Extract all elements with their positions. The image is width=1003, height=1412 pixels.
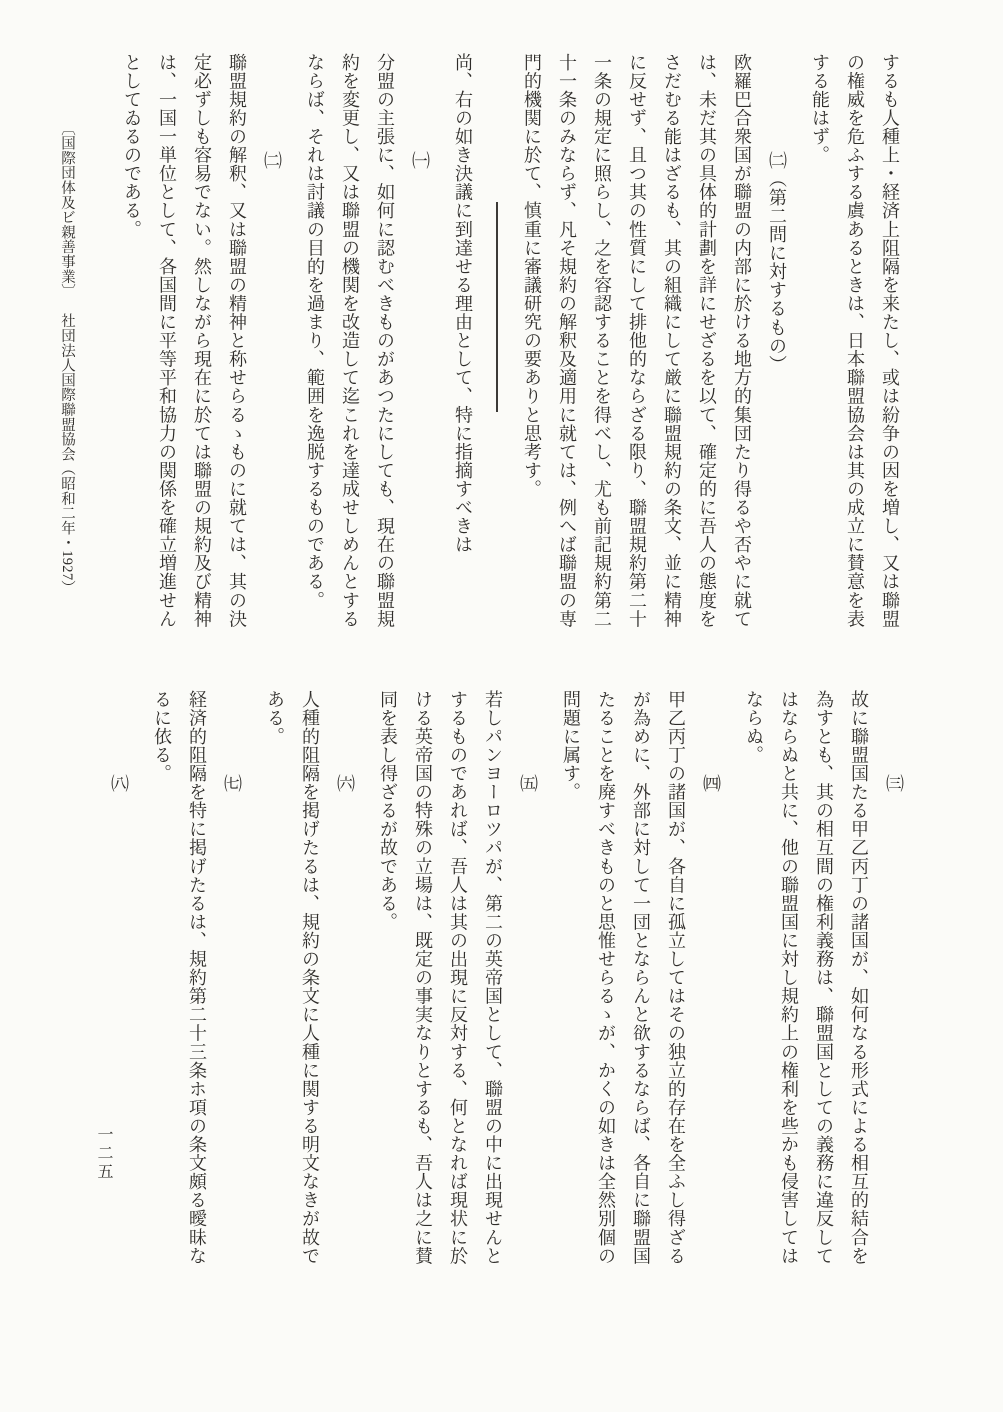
section-marker-5: ㈤ [510,690,545,1286]
text-column: 経済的阻隔を特に掲げたるは、規約第二十三条ホ項の条文頗る曖昧な [179,690,214,1286]
text-column: 為すとも、其の相互間の権利義務は、聯盟国としての義務に違反して [806,690,841,1286]
text-column: ならぬ。 [736,690,771,1286]
text-column: 十一条のみならず、凡そ規約の解釈及適用に就ては、例へば聯盟の専 [549,53,584,649]
text-block-top: するも人種上・経済上阻隔を来たし、或は紛争の因を増し、又は聯盟 の権威を危ふする… [49,53,907,649]
text-column: するも人種上・経済上阻隔を来たし、或は紛争の因を増し、又は聯盟 [872,53,907,649]
text-column: はならぬと共に、他の聯盟国に対し規約上の権利を些かも侵害しては [771,690,806,1286]
text-column: 甲乙丙丁の諸国が、各自に孤立してはその独立的存在を全ふし得ざる [658,690,693,1286]
text-column: ける英帝国の特殊の立場は、既定の事実なりとするも、吾人は之に賛 [405,690,440,1286]
text-block-bottom: ㈢ 故に聯盟国たる甲乙丙丁の諸国が、如何なる形式による相互的結合を 為すとも、其… [101,690,919,1286]
text-column: ならば、それは討議の目的を過まり、範囲を逸脱するものである。 [297,53,332,649]
section-marker-1: ㈠ [402,53,437,649]
source-attribution: ︹国際団体及ビ親善事業︺ 社団法人国際聯盟協会︵昭和二年・1927︶ [49,53,84,649]
section-marker-6: ㈥ [327,690,362,1286]
separator-line [496,202,498,412]
section-marker-3: ㈢ [876,690,911,1286]
text-column: たることを廃すべきものと思惟せらるゝが、かくの如きは全然別個の [588,690,623,1286]
text-column: が為めに、外部に対して一団とならんと欲するならば、各自に聯盟国 [623,690,658,1286]
text-column: の権威を危ふする虞あるときは、日本聯盟協会は其の成立に賛意を表 [837,53,872,649]
section-heading-question2: ㈡︵第二問に対するもの︶ [759,53,794,649]
text-column: 定必ずしも容易でない。然しながら現在に於ては聯盟の規約及び精神 [184,53,219,649]
text-column: する能はず。 [802,53,837,649]
text-column: 分盟の主張に、如何に認むべきものがあつたにしても、現在の聯盟規 [367,53,402,649]
text-column: に反せず、且つ其の性質にして排他的ならざる限り、聯盟規約第二十 [619,53,654,649]
section-marker-2: ㈡ [254,53,289,649]
text-column: 欧羅巴合衆国が聯盟の内部に於ける地方的集団たり得るや否やに就て [724,53,759,649]
text-column: 約を変更し、又は聯盟の機関を改造して迄これを達成せしめんとする [332,53,367,649]
text-column: 同を表し得ざるが故である。 [370,690,405,1286]
text-column: 問題に属す。 [553,690,588,1286]
text-column: さだむる能はざるも、其の組織にして厳に聯盟規約の条文、並に精神 [654,53,689,649]
section-marker-8: ㈧ [101,690,136,1286]
text-column: 故に聯盟国たる甲乙丙丁の諸国が、如何なる形式による相互的結合を [841,690,876,1286]
text-column: 尚、右の如き決議に到達せる理由として、特に指摘すべきは [445,53,480,649]
section-marker-4: ㈣ [693,690,728,1286]
text-column: は、一国一単位として、各国間に平等平和協力の関係を確立増進せん [149,53,184,649]
page-number: 一二五 [92,1126,115,1182]
text-column: としてゐるのである。 [114,53,149,649]
text-column: るに依る。 [144,690,179,1286]
text-column: するものであれば、吾人は其の出現に反対する、何となれば現状に於 [440,690,475,1286]
scanned-document-page: するも人種上・経済上阻隔を来たし、或は紛争の因を増し、又は聯盟 の権威を危ふする… [0,0,1003,1412]
text-column: 門的機関に於て、慎重に審議研究の要ありと思考す。 [514,53,549,649]
text-column: ある。 [257,690,292,1286]
text-column: 聯盟規約の解釈、又は聯盟の精神と称せらるゝものに就ては、其の決 [219,53,254,649]
text-column: 一条の規定に照らし、之を容認することを得べし、尤も前記規約第二 [584,53,619,649]
text-column: 若しパンヨーロツパが、第二の英帝国として、聯盟の中に出現せんと [475,690,510,1286]
section-marker-7: ㈦ [214,690,249,1286]
text-column: は、未だ其の具体的計劃を詳にせざるを以て、確定的に吾人の態度を [689,53,724,649]
text-column: 人種的阻隔を掲げたるは、規約の条文に人種に関する明文なきが故で [292,690,327,1286]
